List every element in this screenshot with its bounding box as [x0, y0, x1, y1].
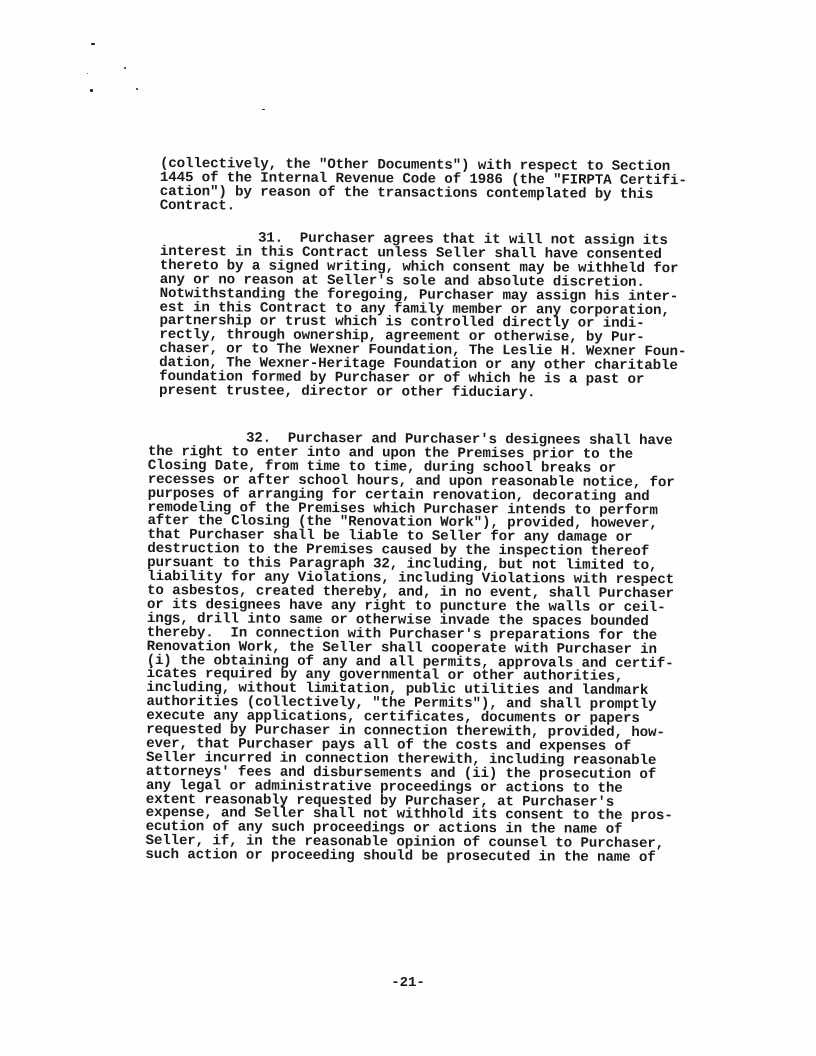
scan-speck: [124, 67, 126, 69]
text-line: Contract.: [160, 200, 780, 218]
text-line: such action or proceeding should be pros…: [145, 849, 765, 867]
scan-speck: [136, 88, 138, 90]
scan-speck: [262, 109, 265, 110]
page-number: -21-: [0, 975, 816, 991]
text-line: present trustee, director or other fiduc…: [159, 385, 779, 403]
document-page: (collectively, the "Other Documents") wi…: [0, 0, 816, 1056]
paragraph-32: 32. Purchaser and Purchaser's designees …: [145, 432, 768, 867]
scan-speck: [90, 89, 93, 92]
scan-speck: [87, 73, 88, 74]
scan-speck: [91, 43, 95, 45]
continuation-text: (collectively, the "Other Documents") wi…: [160, 158, 780, 217]
paragraph-31: 31. Purchaser agrees that it will not as…: [159, 232, 780, 403]
